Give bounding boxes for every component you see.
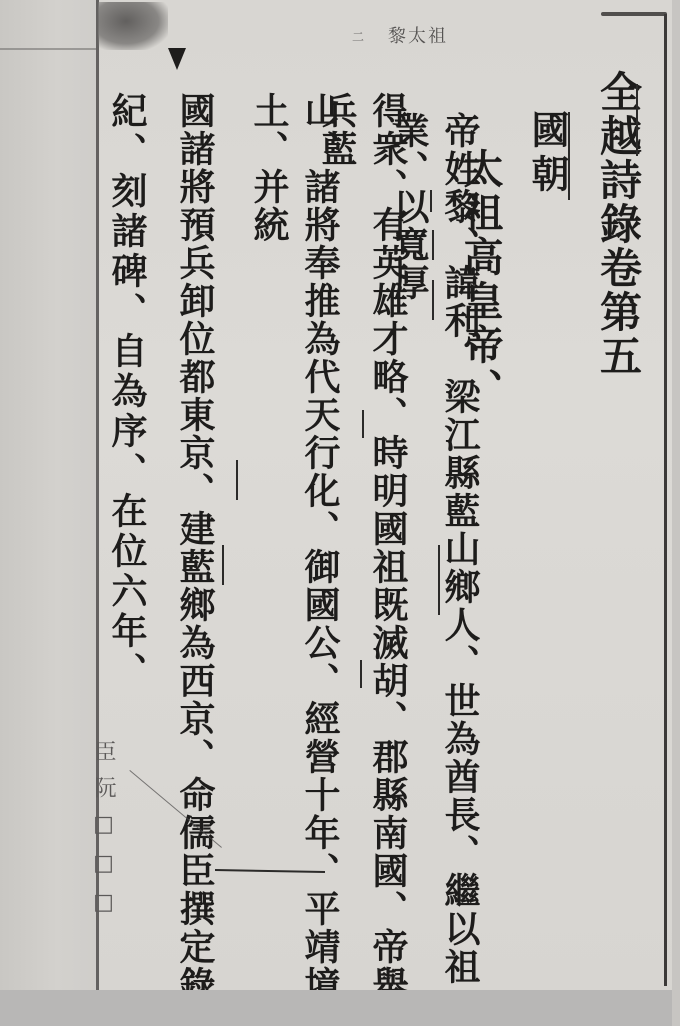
name-mark-line xyxy=(432,280,434,320)
text-column-5: 紀、刻諸碑、自為序、在位六年、 xyxy=(102,92,153,692)
fold-line xyxy=(0,48,96,50)
text-column-4: 國諸將預兵卸位都東京、建藍鄉為西京、命儒臣撰定錄 xyxy=(170,92,221,1004)
ink-blot xyxy=(98,2,168,50)
dynasty-mark-line xyxy=(568,112,570,200)
name-mark-line xyxy=(360,660,362,688)
name-mark-line xyxy=(222,545,224,585)
title-mark-line xyxy=(636,84,638,156)
name-mark-line xyxy=(236,460,238,500)
name-mark-line xyxy=(430,190,432,212)
faint-margin-text: 臣阮□□□ xyxy=(88,740,119,929)
running-head-label: 黎太祖 xyxy=(388,22,448,48)
dynasty-heading: 國朝 xyxy=(520,110,575,198)
name-mark-line xyxy=(362,410,364,438)
name-mark-line xyxy=(432,230,434,260)
frame-right-border xyxy=(664,14,667,986)
triangle-mark-icon xyxy=(168,48,186,70)
name-mark-line xyxy=(438,545,440,615)
page-mark: 二 xyxy=(352,28,366,48)
right-background xyxy=(672,0,680,1026)
volume-title: 全越詩錄卷第五 xyxy=(588,70,648,378)
text-column-3: 山、諸將奉推為代天行化、御國公、經營十年、平靖境土、并統 xyxy=(244,92,346,1026)
outer-page-margin xyxy=(0,0,96,1026)
bottom-background xyxy=(0,990,680,1026)
running-head: 二 黎太祖 xyxy=(352,22,448,48)
frame-ornament xyxy=(601,12,667,16)
